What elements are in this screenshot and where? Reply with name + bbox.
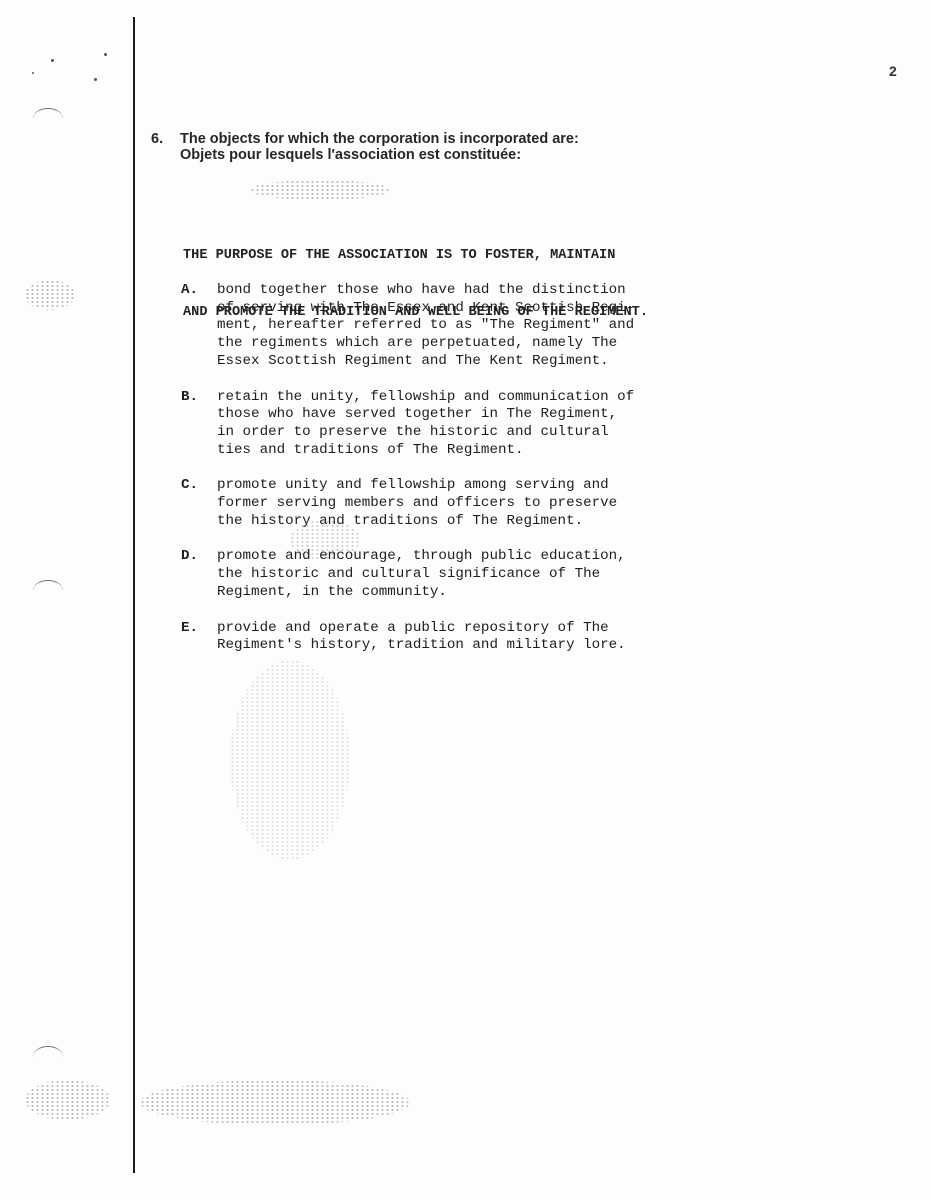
scan-noise (25, 1080, 110, 1120)
section-number: 6. (151, 131, 163, 147)
object-text: bond together those who have had the dis… (217, 282, 634, 371)
scan-noise (140, 1080, 410, 1125)
object-letter: E. (181, 620, 198, 638)
object-item-c: C. promote unity and fellowship among se… (181, 477, 634, 530)
section-heading-french: Objets pour lesquels l'association est c… (180, 147, 579, 163)
scan-speck (104, 53, 107, 56)
scan-speck (32, 72, 34, 74)
object-item-a: A. bond together those who have had the … (181, 282, 634, 371)
page-number: 2 (889, 63, 897, 79)
scan-artifact-arc (33, 1046, 63, 1067)
object-item-d: D. promote and encourage, through public… (181, 548, 634, 601)
object-letter: C. (181, 477, 198, 495)
scan-artifact-arc (33, 580, 63, 601)
section-heading-english: The objects for which the corporation is… (180, 131, 579, 147)
object-letter: B. (181, 389, 198, 407)
scan-artifact-arc (33, 108, 63, 129)
object-text: promote and encourage, through public ed… (217, 548, 634, 601)
scan-noise (25, 280, 75, 310)
object-letter: A. (181, 282, 198, 300)
objects-list: A. bond together those who have had the … (181, 282, 634, 673)
purpose-line: THE PURPOSE OF THE ASSOCIATION IS TO FOS… (183, 246, 648, 265)
scan-speck (94, 78, 97, 81)
document-page: 2 6. The objects for which the corporati… (0, 0, 931, 1200)
object-text: promote unity and fellowship among servi… (217, 477, 634, 530)
scan-noise (230, 660, 350, 860)
scan-noise (250, 180, 390, 200)
object-item-b: B. retain the unity, fellowship and comm… (181, 389, 634, 460)
scan-speck (51, 59, 54, 62)
object-item-e: E. provide and operate a public reposito… (181, 620, 634, 655)
object-text: provide and operate a public repository … (217, 620, 634, 655)
margin-rule-line (133, 17, 135, 1173)
object-letter: D. (181, 548, 198, 566)
object-text: retain the unity, fellowship and communi… (217, 389, 634, 460)
